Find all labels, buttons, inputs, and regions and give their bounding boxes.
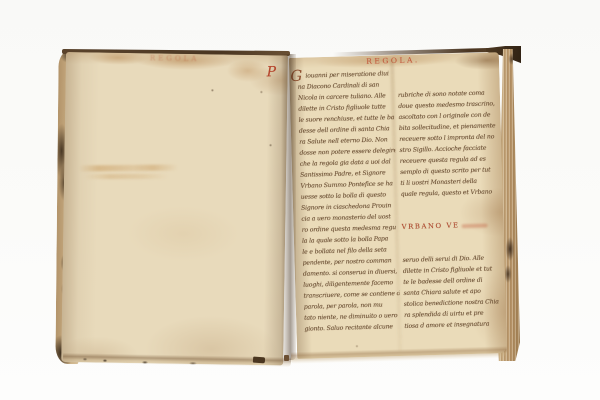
photo-background: REGOLA P REGOLA. G iouanni per miseratio… (0, 0, 600, 400)
gutter-bottom-notch-small (284, 355, 289, 361)
red-heading-text: VRBANO VE (401, 220, 459, 233)
column2-text-top: rubriche di sono notate coma doue questo… (398, 87, 498, 200)
left-page: REGOLA P (61, 52, 288, 365)
gutter-bottom-notch (253, 357, 265, 364)
text-column-1: iouanni per miseratione diui na Diacono … (297, 68, 400, 337)
column2-red-heading: VRBANO VE (401, 219, 498, 233)
ink-show-through-smudge (84, 174, 169, 179)
faded-red-ink (461, 223, 487, 228)
ink-show-through-smudge (78, 164, 178, 171)
left-page-rubric-letter: P (267, 64, 277, 80)
text-column-2: rubriche di sono notate coma doue questo… (397, 65, 501, 334)
column2-text-bottom: seruo delli serui di Dio. Alle dilette i… (402, 252, 501, 334)
left-page-faint-header: REGOLA (150, 54, 222, 64)
right-page: REGOLA. G iouanni per miseratione diui n… (289, 52, 507, 359)
book-gutter-shadow (281, 54, 296, 360)
